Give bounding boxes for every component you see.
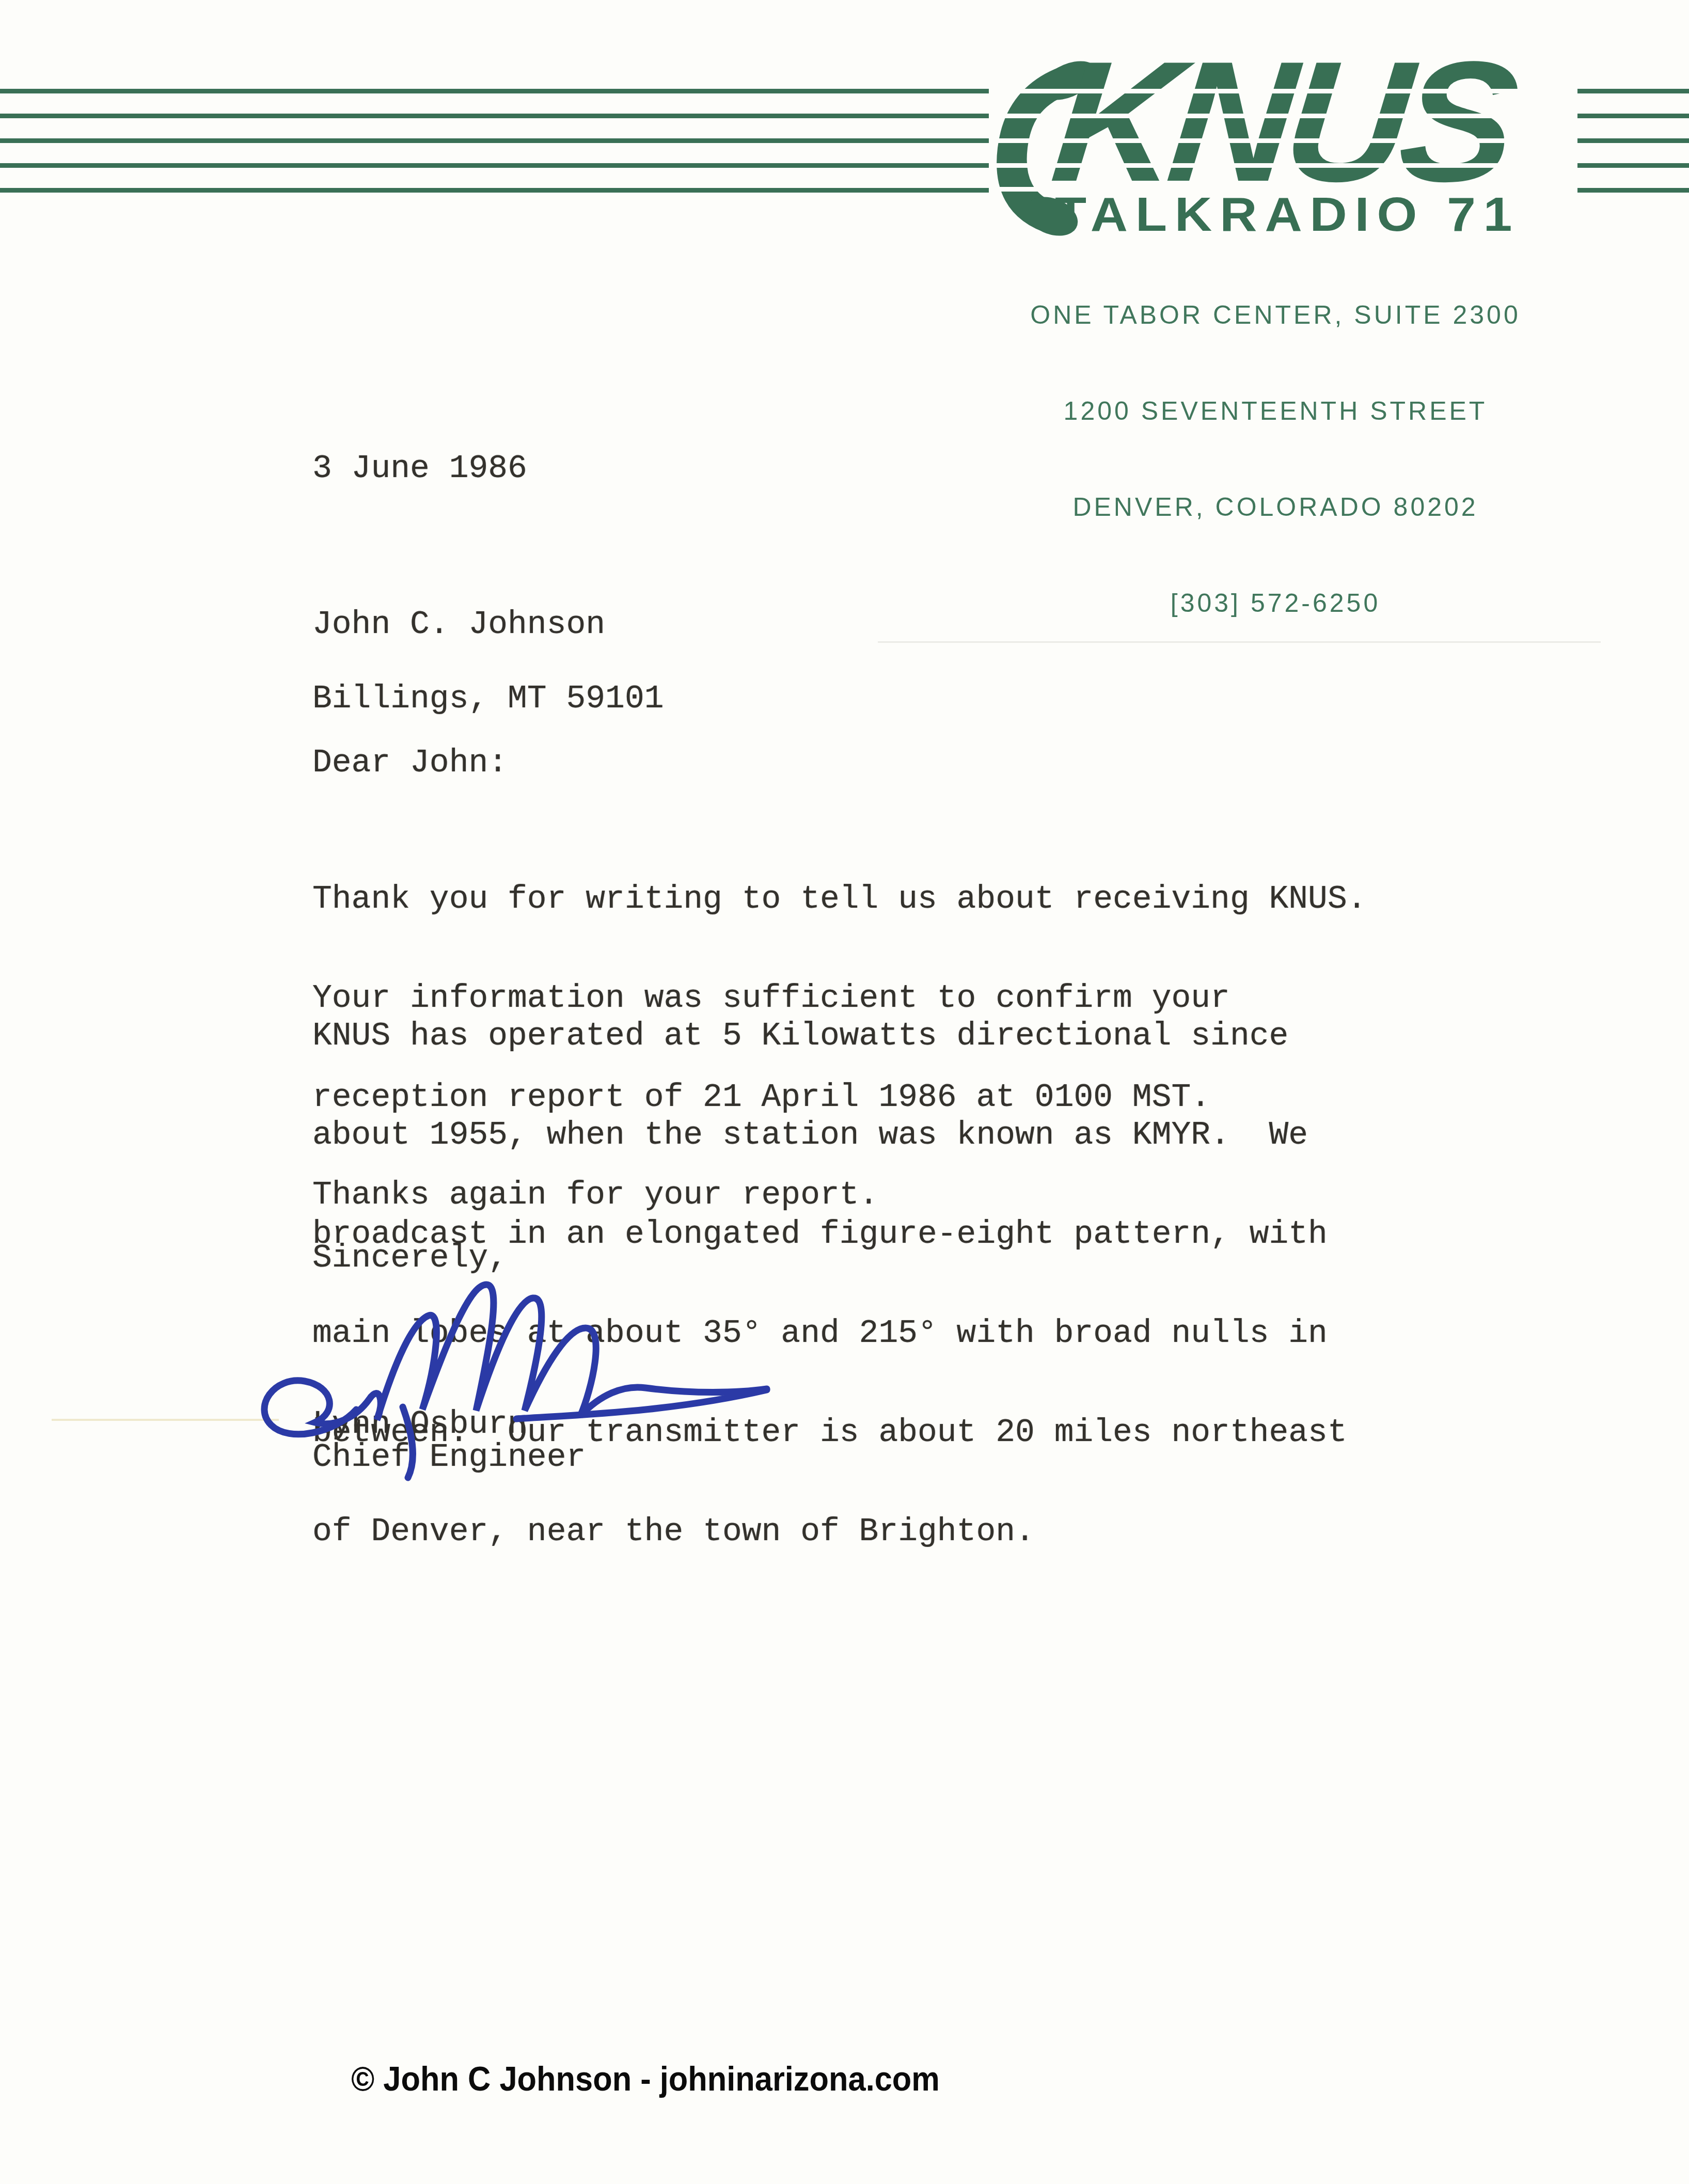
- logo-stripe-cut: [989, 89, 1577, 93]
- station-wordmark: KNUS: [1046, 34, 1517, 210]
- salutation: Dear John:: [312, 747, 508, 780]
- station-logo: KNUS TALKRADIO 71: [989, 50, 1577, 242]
- station-tagline: TALKRADIO 71: [1055, 191, 1520, 239]
- recipient-city: Billings, MT 59101: [312, 683, 664, 716]
- body-line: about 1955, when the station was known a…: [312, 1119, 1347, 1152]
- letter-date: 3 June 1986: [312, 452, 527, 485]
- station-phone: [303] 572-6250: [1012, 587, 1539, 619]
- footer-credit: © John C Johnson - johninarizona.com: [314, 2059, 976, 2098]
- logo-stripe-cut: [989, 114, 1577, 118]
- logo-stripe-cut: [989, 138, 1577, 143]
- logo-stripe-cut: [989, 187, 1577, 192]
- station-address-line: DENVER, COLORADO 80202: [1012, 491, 1539, 523]
- body-line: KNUS has operated at 5 Kilowatts directi…: [312, 1020, 1347, 1053]
- signature: [227, 1255, 806, 1482]
- recipient-name: John C. Johnson: [312, 608, 605, 641]
- closing-thanks: Thanks again for your report.: [312, 1179, 878, 1212]
- letter-page: KNUS TALKRADIO 71 ONE TABOR CENTER, SUIT…: [0, 0, 1689, 2184]
- logo-stripe-cut: [989, 163, 1577, 168]
- station-address-line: ONE TABOR CENTER, SUITE 2300: [1012, 299, 1539, 331]
- body-line: Thank you for writing to tell us about r…: [312, 883, 1367, 916]
- station-address-line: 1200 SEVENTEENTH STREET: [1012, 395, 1539, 427]
- station-address-block: ONE TABOR CENTER, SUITE 2300 1200 SEVENT…: [1012, 235, 1539, 683]
- body-line: of Denver, near the town of Brighton.: [312, 1515, 1347, 1548]
